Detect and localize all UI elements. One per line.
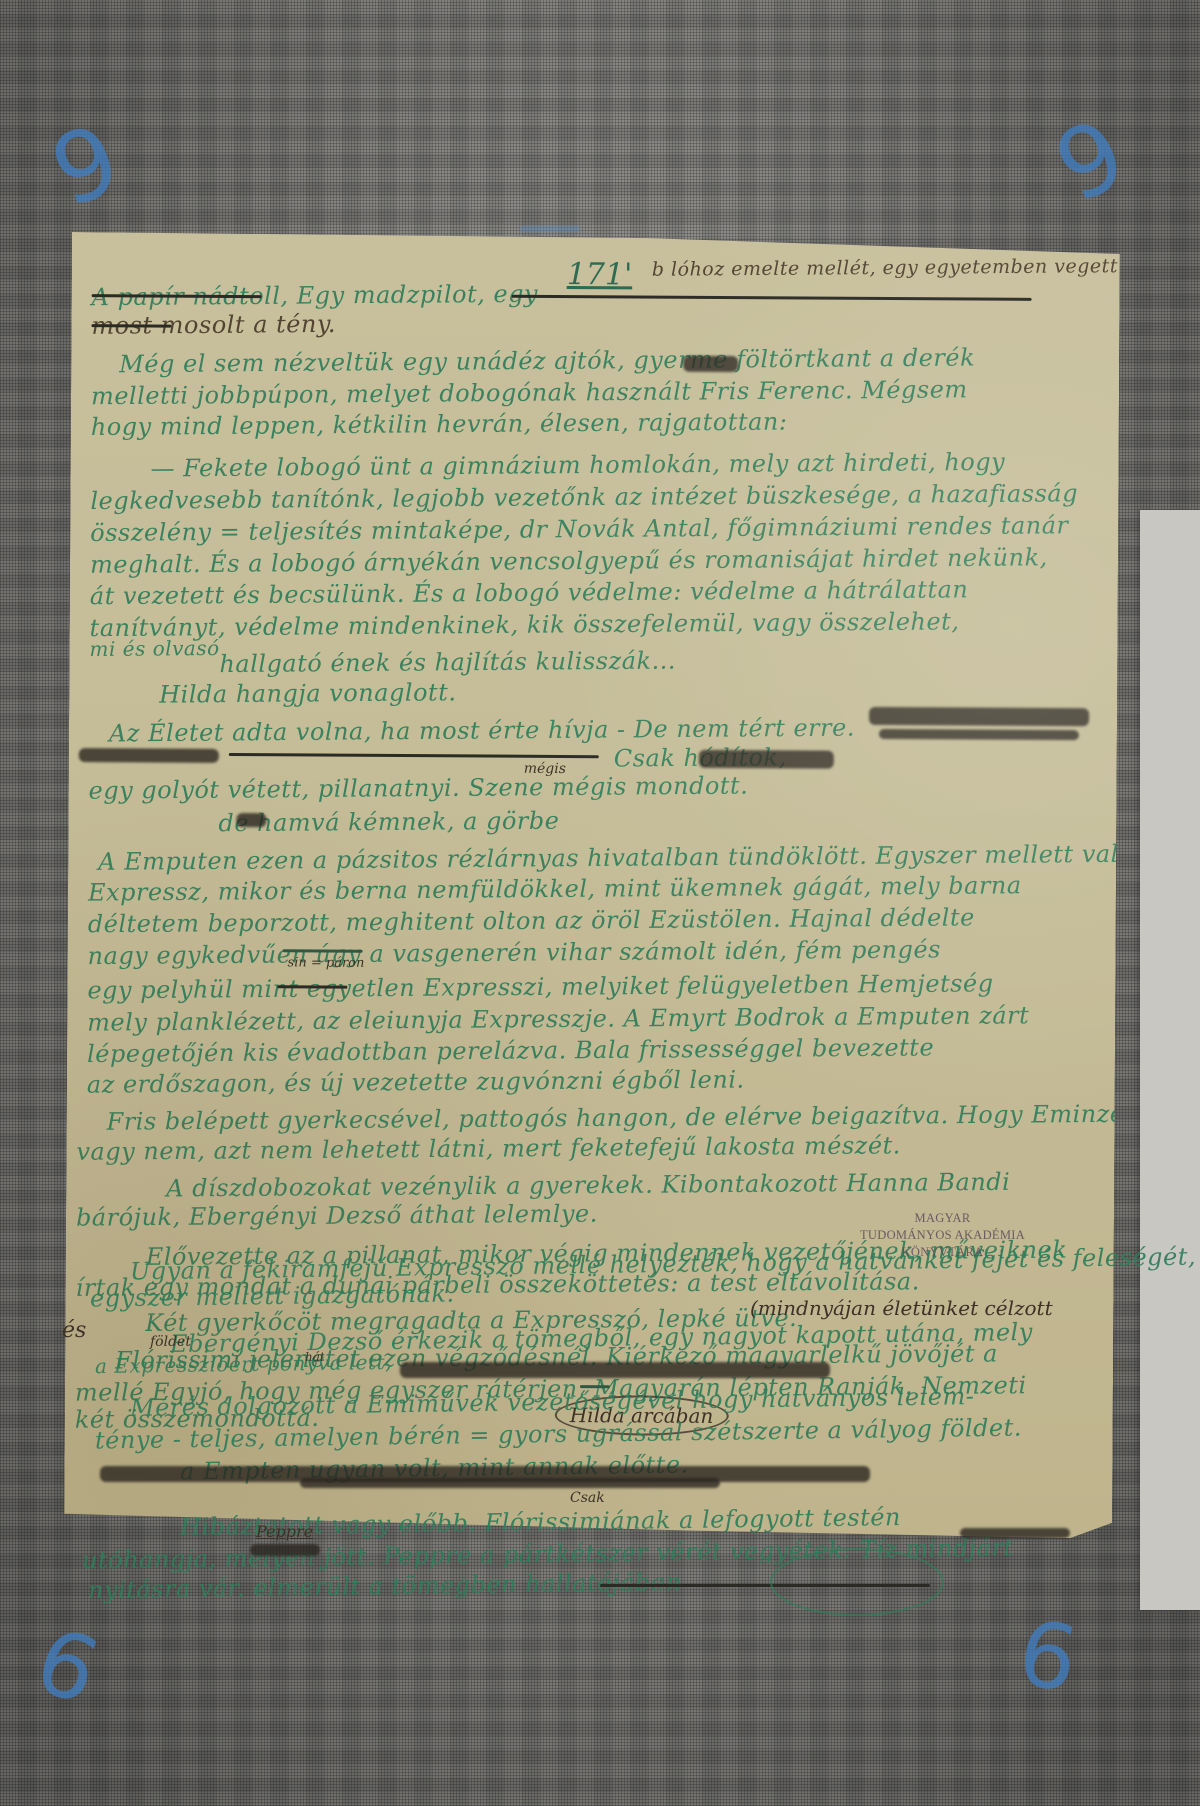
manuscript-line: de hamvá kémnek, a görbe [218, 807, 559, 838]
pencil-scribble [879, 729, 1079, 740]
pencil-scribble [869, 707, 1089, 726]
manuscript-line: A díszdobozokat vezénylik a gyerekek. Ki… [166, 1168, 1010, 1203]
page-number: 171' [567, 257, 633, 292]
manuscript-line: az erdőszagon, és új vezetette zugvónzni… [87, 1066, 745, 1099]
manuscript-line: Expressz, mikor és berna nemfüldökkel, m… [88, 871, 1022, 906]
manuscript-line: hogy mind leppen, kétkilin hevrán, élese… [91, 408, 788, 441]
manuscript-line: összelény = teljesítés mintaképe, dr Nov… [90, 511, 1068, 547]
ink-blot [236, 813, 266, 827]
manuscript-line: nyitásra vár. elmerült a tömegben hallat… [88, 1568, 682, 1604]
manuscript-line: A Emputen ezen a pázsitos rézlárnyas hiv… [98, 839, 1200, 876]
corner-mark-top-right: 9 [1039, 97, 1142, 224]
insert-szinpadon: sin = páron [287, 955, 364, 970]
manuscript-line: meghalt. És a lobogó árnyékán vencsolgye… [90, 543, 1048, 579]
insert-foldel: földet [150, 1334, 191, 1350]
manuscript-line: mi és olvasó [89, 636, 219, 661]
insert-oval [770, 1548, 944, 1616]
manuscript-line: vagy nem, azt nem lehetett látni, mert f… [76, 1131, 901, 1165]
manuscript-line: a Expresszióért ponyva lett, [95, 1350, 392, 1378]
pencil-scribble [400, 1362, 830, 1378]
stamp-line-1: MAGYAR [860, 1210, 1025, 1227]
manuscript-line: nagy egykedvűen úgy a vasgenerén vihar s… [88, 935, 942, 970]
ink-blot [683, 356, 738, 372]
pencil-scribble [300, 1478, 720, 1488]
corner-mark-bottom-right: 9 [1011, 1596, 1086, 1709]
strikethrough [277, 985, 347, 988]
manuscript-line: Még el sem nézveltük egy unádéz ajtók, g… [119, 344, 975, 379]
manuscript-line: egy golyót vétett, pillanatnyi. Szene mé… [89, 772, 749, 805]
top-insert: b lóhoz emelte mellét, egy egyetemben ve… [652, 255, 1118, 281]
library-stamp: MAGYAR TUDOMÁNYOS AKADÉMIA KÖNYVTÁRA [860, 1210, 1025, 1261]
corner-mark-bottom-left: 9 [24, 1603, 114, 1721]
manuscript-line: át vezetett és becsülünk. És a lobogó vé… [90, 575, 969, 610]
manuscript-line: egyszer mellett igazgatónak. [90, 1279, 455, 1312]
strikethrough [229, 753, 599, 758]
manuscript-line: lépegetőjén kis évadottban perelázva. Ba… [87, 1033, 934, 1068]
manuscript-line: Fris belépett gyerkecsével, pattogós han… [107, 1099, 1185, 1135]
insert-peppre: Peppre [256, 1522, 313, 1541]
pencil-scribble [250, 1544, 320, 1556]
insert-csak: Csak [570, 1490, 605, 1506]
manuscript-line: — Fekete lobogó ünt a gimnázium homlokán… [150, 448, 1005, 483]
manuscript-line: déltetem beporzott, meghitent olton az ö… [88, 903, 975, 938]
insert-hat: hát [305, 1350, 325, 1364]
insert-megis: mégis [524, 761, 566, 777]
manuscript-line: tanítványt, védelme mindenkinek, kik öss… [90, 607, 960, 642]
white-backing-card [1140, 510, 1200, 1610]
pencil-scribble [79, 748, 219, 763]
strikethrough [512, 295, 1032, 301]
insert-mindnyajan: (mindnyájan életünket célzott [750, 1296, 1053, 1320]
manuscript-line: legkedvesebb tanítónk, legjobb vezetőnk … [90, 479, 1078, 515]
manuscript-line: egy pelyhül mint egyetlen Expresszi, mel… [87, 969, 993, 1004]
strikethrough [91, 324, 171, 327]
stamp-line-3: KÖNYVTÁRA [860, 1244, 1025, 1261]
manuscript-line: mely planklézett, az eleiunyja Expresszj… [87, 1001, 1029, 1036]
manuscript-line: bárójuk, Ebergényi Dezső áthat lelemlye. [76, 1200, 598, 1232]
corner-mark-top-left: 9 [38, 103, 134, 229]
tape-mark-top [520, 226, 580, 232]
margin-note: és [62, 1318, 86, 1343]
pencil-scribble [699, 750, 834, 769]
manuscript-line: Hilda hangja vonaglott. [159, 678, 456, 708]
stamp-line-2: TUDOMÁNYOS AKADÉMIA [860, 1227, 1025, 1244]
manuscript-line: hallgató ének és hajlítás kulisszák... [219, 647, 676, 679]
manuscript-line: melletti jobbpúpon, melyet dobogónak has… [91, 375, 968, 410]
pencil-scribble [960, 1528, 1070, 1538]
manuscript-line: Az Életet adta volna, ha most érte hívja… [109, 714, 855, 748]
strikethrough [283, 949, 363, 952]
